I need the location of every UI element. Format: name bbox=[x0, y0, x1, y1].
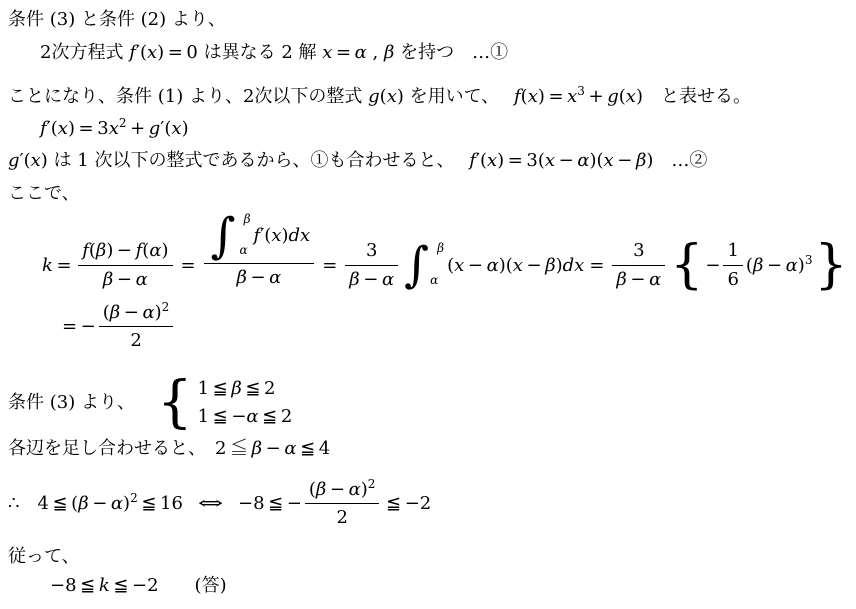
text-segment: β bbox=[545, 255, 555, 276]
text-segment: 2 bbox=[130, 491, 138, 505]
integral-icon: ∫ bbox=[404, 241, 429, 289]
text-segment: ) = bbox=[538, 86, 567, 107]
integrand: f′(x)dx bbox=[254, 224, 311, 247]
text-segment: f bbox=[82, 240, 89, 261]
line-condition3-system: 条件 (3) より、 { 1 ≦ β ≦ 2 1 ≦ −α ≦ 2 bbox=[8, 375, 292, 431]
text-segment: g bbox=[368, 86, 380, 107]
integrand: (x − α)(x − β)dx bbox=[447, 254, 584, 277]
text-segment: β bbox=[78, 493, 88, 514]
text-segment: − bbox=[262, 438, 284, 459]
text-segment: β bbox=[110, 302, 120, 323]
fraction-numerator: (β − α)2 bbox=[99, 300, 174, 326]
fraction-numerator: (β − α)2 bbox=[305, 477, 380, 503]
text-segment: ) = 3 bbox=[68, 118, 109, 139]
text-segment: を用いて、 bbox=[404, 86, 490, 107]
text-segment: ) bbox=[556, 255, 563, 276]
text-segment: 2次方程式 bbox=[40, 42, 129, 63]
line-quadratic-roots: 2次方程式 f′(x) = 0 は異なる 2 解 x = α , β を持つ …… bbox=[40, 41, 508, 64]
text-segment: − bbox=[113, 269, 135, 290]
equation-k-line2: = − (β − α)2 2 bbox=[62, 300, 176, 353]
text-segment: α bbox=[246, 406, 258, 427]
text-segment: f bbox=[40, 118, 47, 139]
text-segment: ( bbox=[380, 86, 387, 107]
text-segment: 各辺を足し合わせると、 bbox=[8, 438, 197, 459]
text-segment: x bbox=[626, 86, 636, 107]
text-segment: 2 bbox=[336, 507, 347, 528]
text-segment: α bbox=[111, 493, 123, 514]
fraction-numerator: 1 bbox=[723, 239, 742, 264]
text-segment: x bbox=[454, 255, 464, 276]
text-segment: f bbox=[254, 225, 261, 246]
text-segment: α bbox=[269, 267, 281, 288]
case-row-beta: 1 ≦ β ≦ 2 bbox=[198, 378, 293, 400]
text-segment: x bbox=[528, 86, 538, 107]
text-segment: β bbox=[231, 378, 241, 399]
text-segment: を持つ bbox=[394, 42, 454, 63]
fraction-one-sixth: 1 6 bbox=[723, 239, 742, 291]
text-segment: f bbox=[469, 150, 476, 171]
line-koko-de: ここで、 bbox=[8, 182, 80, 205]
text-segment: ≦ −2 bbox=[110, 575, 159, 596]
text-segment: ) bbox=[361, 479, 368, 500]
text-segment: 2 ≦ bbox=[215, 438, 252, 459]
text-segment: 6 bbox=[727, 269, 738, 290]
text-segment: , bbox=[367, 42, 384, 63]
text-segment: = bbox=[332, 42, 354, 63]
fraction-coefficient: 3 β − α bbox=[612, 239, 665, 291]
line-derivative-factored: g′(x) は 1 次以下の整式であるから、①も合わせると、 f′(x) = 3… bbox=[8, 149, 707, 172]
fraction-denominator: β − α bbox=[345, 265, 398, 291]
text-segment: ( bbox=[89, 240, 96, 261]
text-segment: − bbox=[763, 255, 785, 276]
text-segment: ) = 3( bbox=[497, 150, 545, 171]
text-segment: f bbox=[129, 42, 136, 63]
integral-upper-limit: β bbox=[244, 212, 251, 228]
fraction-numerator: ∫ β α f′(x)dx bbox=[204, 211, 315, 263]
text-segment: 2 bbox=[162, 300, 170, 314]
text-segment: ( bbox=[619, 86, 626, 107]
text-segment: ≦ 4 bbox=[297, 438, 331, 459]
text-segment: ≦ 2 bbox=[242, 378, 276, 399]
fraction-denominator: β − α bbox=[204, 263, 315, 289]
text-segment: 2 bbox=[368, 477, 376, 491]
text-segment: ′( bbox=[476, 150, 487, 171]
inequality-right: ≦ −2 bbox=[382, 492, 431, 515]
math-solution-page: { "page": {"bg": "#ffffff", "fg": "#0000… bbox=[0, 0, 856, 609]
text-segment: β bbox=[316, 479, 326, 500]
integral-limits: β α bbox=[237, 211, 251, 261]
integral: ∫ β α bbox=[211, 211, 251, 261]
text-segment: − bbox=[247, 267, 269, 288]
text-segment: α bbox=[786, 255, 798, 276]
text-segment: k bbox=[42, 255, 53, 276]
text-segment: − bbox=[89, 493, 111, 514]
text-segment: β bbox=[384, 42, 394, 63]
text-segment: − bbox=[523, 255, 545, 276]
text-segment: α bbox=[136, 269, 148, 290]
text-segment: x bbox=[271, 225, 281, 246]
text-segment bbox=[445, 150, 469, 171]
text-segment: ことになり、条件 (1) より、2次以下の整式 bbox=[8, 86, 368, 107]
text-segment: ′( bbox=[47, 118, 58, 139]
text-segment: = bbox=[589, 255, 604, 276]
text-segment: 4 ≦ ( bbox=[37, 493, 78, 514]
text-segment: = bbox=[322, 255, 337, 276]
integral-lower-limit: α bbox=[237, 243, 251, 259]
text-segment: x bbox=[322, 42, 332, 63]
text-segment: )( bbox=[590, 150, 604, 171]
text-segment: 3 bbox=[805, 253, 813, 267]
text-segment: 条件 (3) と条件 (2) より、 bbox=[8, 9, 226, 30]
text-segment: − bbox=[705, 255, 720, 276]
text-segment: − bbox=[627, 269, 649, 290]
text-segment: と表せる。 bbox=[643, 86, 751, 107]
text-segment: + bbox=[126, 118, 148, 139]
fraction-mean-slope: f(β) − f(α) β − α bbox=[78, 239, 172, 291]
text-segment: 1 ≦ − bbox=[198, 406, 247, 427]
line-derivative: f′(x) = 3x2 + g′(x) bbox=[40, 116, 189, 140]
text-segment: − bbox=[360, 269, 382, 290]
text-segment: β bbox=[103, 269, 113, 290]
text-segment: α bbox=[577, 150, 589, 171]
text-segment: は 1 次以下の整式であるから、①も合わせると、 bbox=[48, 150, 446, 171]
fraction-denominator: 2 bbox=[305, 503, 380, 529]
text-segment: β bbox=[616, 269, 626, 290]
text-segment: = − bbox=[62, 316, 96, 337]
integral-lower-limit: α bbox=[430, 273, 444, 289]
text-segment: x bbox=[487, 150, 497, 171]
text-segment: ) − bbox=[106, 240, 135, 261]
line-shitagatte: 従って、 bbox=[8, 545, 80, 568]
text-segment: dx bbox=[289, 225, 311, 246]
text-segment: ≦ 2 bbox=[259, 406, 293, 427]
text-segment: (答) bbox=[195, 575, 227, 596]
text-segment: は異なる 2 解 bbox=[204, 42, 323, 63]
text-segment: x bbox=[513, 255, 523, 276]
fraction-denominator: β − α bbox=[78, 265, 172, 291]
text-segment: ( bbox=[309, 479, 316, 500]
text-segment: ( bbox=[103, 302, 110, 323]
text-segment: = bbox=[181, 255, 196, 276]
equation-lead: k = bbox=[42, 254, 75, 277]
text-segment bbox=[197, 438, 215, 459]
line-therefore-inequality: ∴ 4 ≦ (β − α)2 ≦ 16 ⇔ −8 ≦ − (β − α)2 2 … bbox=[8, 477, 431, 530]
text-segment: 従って、 bbox=[8, 546, 80, 567]
text-segment: ′( bbox=[136, 42, 147, 63]
text-segment bbox=[19, 493, 37, 514]
text-segment: ) bbox=[41, 150, 48, 171]
text-segment: g bbox=[149, 118, 161, 139]
text-segment: α bbox=[355, 42, 367, 63]
text-segment: g bbox=[8, 150, 20, 171]
equals-sign: = bbox=[322, 254, 337, 277]
integral-icon: ∫ bbox=[211, 212, 236, 260]
text-segment: α bbox=[382, 269, 394, 290]
fraction-coefficient: 3 β − α bbox=[345, 239, 398, 291]
cases-rows: 1 ≦ β ≦ 2 1 ≦ −α ≦ 2 bbox=[198, 378, 293, 427]
equivalence-arrow-icon: ⇔ bbox=[198, 492, 224, 515]
line-final-answer: −8 ≦ k ≦ −2 (答) bbox=[50, 574, 227, 597]
text-segment: ≦ 16 bbox=[138, 493, 183, 514]
text-segment: ′( bbox=[160, 118, 171, 139]
text-segment: ) bbox=[636, 86, 643, 107]
text-segment: x bbox=[171, 118, 181, 139]
text-segment: x bbox=[387, 86, 397, 107]
text-segment: x bbox=[545, 150, 555, 171]
text-segment: − bbox=[555, 150, 577, 171]
text-segment: α bbox=[142, 302, 154, 323]
minus-sign: − bbox=[705, 254, 720, 277]
text-segment: β bbox=[349, 269, 359, 290]
text-segment: ) bbox=[161, 240, 168, 261]
text-segment: 3 bbox=[366, 240, 377, 261]
text-segment: ( bbox=[521, 86, 528, 107]
text-segment: ) bbox=[281, 225, 288, 246]
fraction-denominator: 2 bbox=[99, 326, 174, 352]
line-conditions-intro: 条件 (3) と条件 (2) より、 bbox=[8, 8, 226, 31]
integral-upper-limit: β bbox=[437, 241, 444, 257]
inequality-left: ∴ 4 ≦ (β − α)2 ≦ 16 bbox=[8, 491, 183, 515]
text-segment: ) bbox=[182, 118, 189, 139]
condition-label: 条件 (3) より、 bbox=[8, 391, 135, 414]
fraction-numerator: 3 bbox=[345, 239, 398, 264]
equation-lead: = − bbox=[62, 315, 96, 338]
integral-limits: β α bbox=[430, 240, 444, 290]
text-segment: ) = 0 bbox=[157, 42, 203, 63]
cubed-term: (β − α)3 bbox=[746, 253, 813, 277]
text-segment: x bbox=[31, 150, 41, 171]
text-segment: 1 bbox=[727, 240, 738, 261]
text-segment: x bbox=[567, 86, 577, 107]
text-segment: α bbox=[649, 269, 661, 290]
text-segment: ′( bbox=[20, 150, 31, 171]
text-segment: x bbox=[604, 150, 614, 171]
left-brace: { bbox=[670, 239, 703, 291]
text-segment: x bbox=[109, 118, 119, 139]
fraction-numerator: f(β) − f(α) bbox=[78, 239, 172, 264]
integral: ∫ β α bbox=[404, 240, 444, 290]
text-segment: −8 ≦ − bbox=[238, 493, 302, 514]
text-segment: 条件 (3) より、 bbox=[8, 392, 135, 413]
text-segment: ) bbox=[155, 302, 162, 323]
text-segment: α bbox=[487, 255, 499, 276]
fraction-denominator: 6 bbox=[723, 265, 742, 291]
text-segment: ( bbox=[746, 255, 753, 276]
text-segment: − bbox=[614, 150, 636, 171]
text-segment: −8 ≦ bbox=[50, 575, 99, 596]
text-segment: β bbox=[236, 267, 246, 288]
inequality-mid: −8 ≦ − bbox=[238, 492, 302, 515]
text-segment: 3 bbox=[577, 84, 585, 98]
text-segment: α bbox=[284, 438, 296, 459]
line-polynomial-form: ことになり、条件 (1) より、2次以下の整式 g(x) を用いて、 f(x) … bbox=[8, 84, 751, 108]
text-segment bbox=[159, 575, 195, 596]
text-segment: α bbox=[149, 240, 161, 261]
line-sum-inequality: 各辺を足し合わせると、 2 ≦ β − α ≦ 4 bbox=[8, 437, 330, 460]
fraction-result: (β − α)2 2 bbox=[99, 300, 174, 353]
fraction-result: (β − α)2 2 bbox=[305, 477, 380, 530]
text-segment: 2 bbox=[130, 330, 141, 351]
text-segment: ここで、 bbox=[8, 183, 80, 204]
text-segment: + bbox=[585, 86, 607, 107]
text-segment: β bbox=[753, 255, 763, 276]
text-segment: − bbox=[120, 302, 142, 323]
text-segment: ) bbox=[397, 86, 404, 107]
fraction-integral: ∫ β α f′(x)dx β − α bbox=[204, 211, 315, 289]
text-segment: β bbox=[252, 438, 262, 459]
text-segment: )( bbox=[499, 255, 513, 276]
text-segment: …① bbox=[454, 42, 508, 63]
fraction-denominator: β − α bbox=[612, 265, 665, 291]
text-segment: g bbox=[607, 86, 619, 107]
text-segment: x bbox=[58, 118, 68, 139]
text-segment: x bbox=[147, 42, 157, 63]
text-segment: k bbox=[99, 575, 110, 596]
text-segment: …② bbox=[653, 150, 707, 171]
text-segment: α bbox=[349, 479, 361, 500]
text-segment bbox=[490, 86, 514, 107]
text-segment: ∴ bbox=[8, 493, 19, 514]
text-segment: β bbox=[96, 240, 106, 261]
equals-sign: = bbox=[181, 254, 196, 277]
equals-sign: = bbox=[589, 254, 604, 277]
text-segment: β bbox=[636, 150, 646, 171]
text-segment: ≦ −2 bbox=[382, 493, 431, 514]
text-segment: f bbox=[514, 86, 521, 107]
text-segment: dx bbox=[563, 255, 585, 276]
right-brace: } bbox=[814, 239, 847, 291]
fraction-numerator: 3 bbox=[612, 239, 665, 264]
equation-k-line1: k = f(β) − f(α) β − α = ∫ β α f′(x)dx β … bbox=[42, 226, 850, 304]
text-segment: 1 ≦ bbox=[198, 378, 232, 399]
text-segment: − bbox=[464, 255, 486, 276]
case-row-alpha: 1 ≦ −α ≦ 2 bbox=[198, 406, 293, 428]
text-segment: 3 bbox=[633, 240, 644, 261]
text-segment: ) bbox=[798, 255, 805, 276]
text-segment: − bbox=[326, 479, 348, 500]
text-segment: = bbox=[53, 255, 75, 276]
text-segment: ′( bbox=[260, 225, 271, 246]
cases-brace: { bbox=[157, 375, 193, 431]
